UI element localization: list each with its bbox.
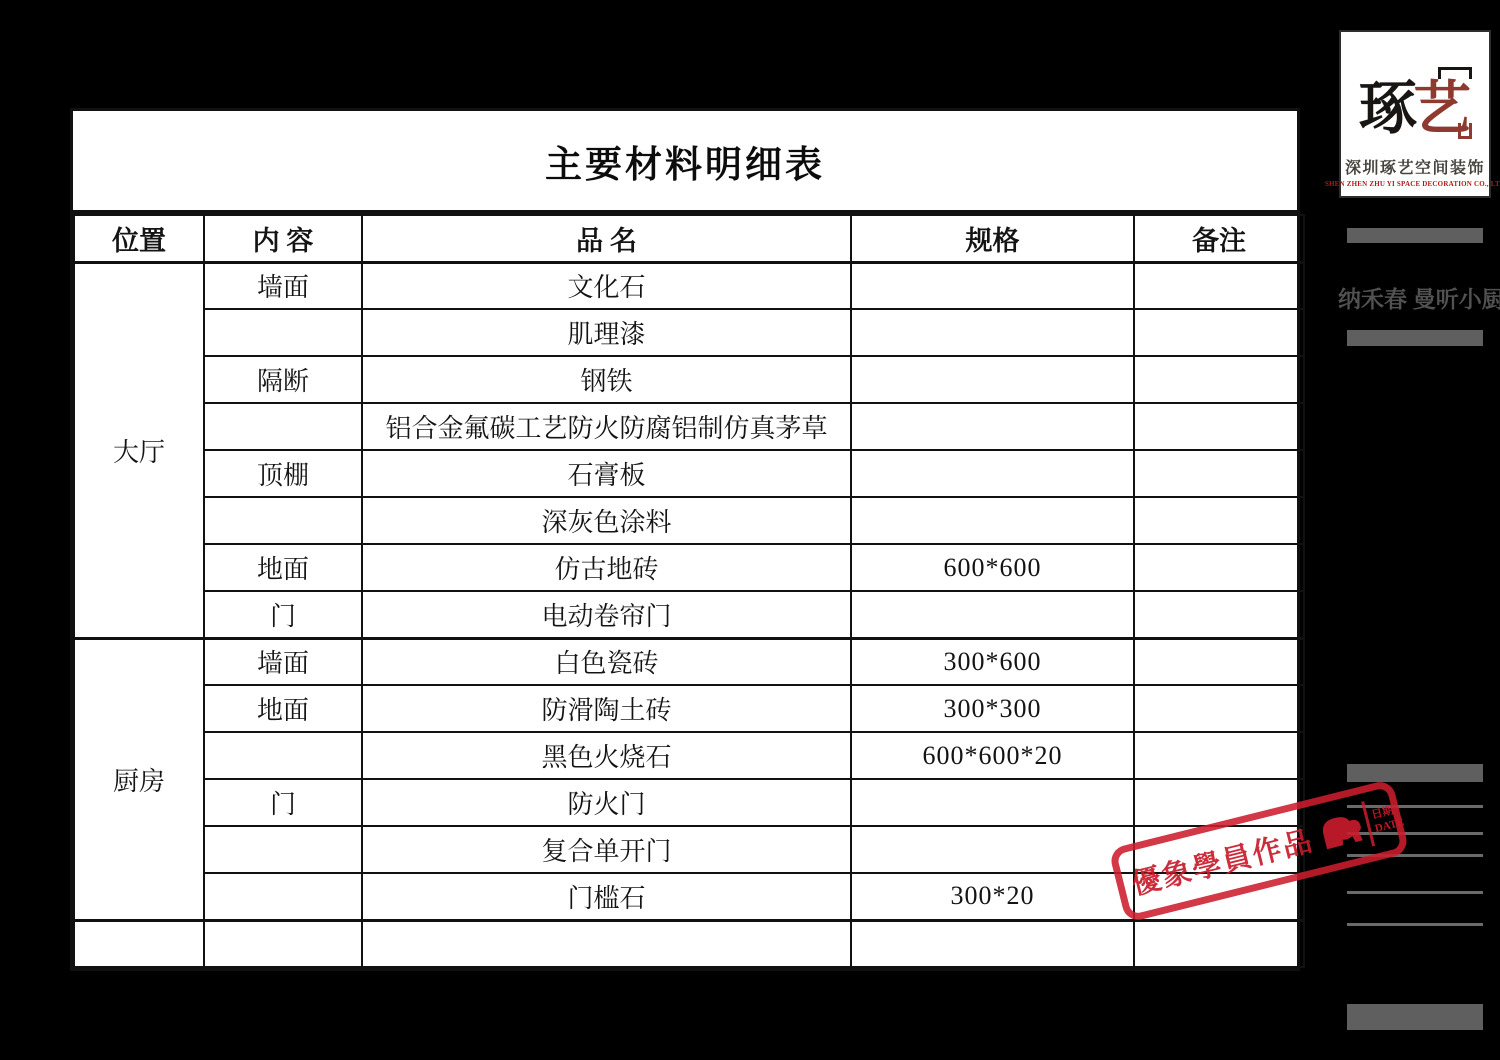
cell-spec: 300*300 <box>851 685 1134 732</box>
table-row: 铝合金氟碳工艺防火防腐铝制仿真茅草 <box>74 403 1304 450</box>
cell-spec: 300*20 <box>851 873 1134 920</box>
header-content: 内 容 <box>204 215 362 262</box>
cell-content <box>204 873 362 920</box>
cell-product-name: 肌理漆 <box>362 309 851 356</box>
table-row: 肌理漆 <box>74 309 1304 356</box>
table-row: 深灰色涂料 <box>74 497 1304 544</box>
cell-location: 厨房 <box>74 638 204 920</box>
cell-product-name: 钢铁 <box>362 356 851 403</box>
cell-product-name: 复合单开门 <box>362 826 851 873</box>
cell-product-name: 防滑陶土砖 <box>362 685 851 732</box>
cell-product-name: 防火门 <box>362 779 851 826</box>
cell-spec <box>851 591 1134 638</box>
cell-product-name: 文化石 <box>362 262 851 309</box>
cell-content: 墙面 <box>204 638 362 685</box>
cell-spec: 600*600 <box>851 544 1134 591</box>
cell-spec <box>851 403 1134 450</box>
cell-content <box>204 732 362 779</box>
cell-note <box>1134 403 1304 450</box>
cell-spec <box>851 920 1134 967</box>
project-name: 纳禾春 曼听小厨 <box>1338 281 1500 314</box>
cell-content: 墙面 <box>204 262 362 309</box>
table-row <box>74 920 1304 967</box>
company-name-en: SHEN ZHEN ZHU YI SPACE DECORATION CO., L… <box>1325 180 1500 188</box>
cell-product-name: 电动卷帘门 <box>362 591 851 638</box>
table-row: 门防火门 <box>74 779 1304 826</box>
cell-product-name <box>362 920 851 967</box>
cell-location: 大厅 <box>74 262 204 638</box>
cell-note <box>1134 309 1304 356</box>
cell-spec: 300*600 <box>851 638 1134 685</box>
cell-content <box>204 497 362 544</box>
redacted-bar <box>1347 1004 1483 1030</box>
cell-note <box>1134 638 1304 685</box>
cell-content: 地面 <box>204 544 362 591</box>
cell-location <box>74 920 204 967</box>
cell-product-name: 铝合金氟碳工艺防火防腐铝制仿真茅草 <box>362 403 851 450</box>
logo-notch-top-icon <box>1438 67 1472 79</box>
table-row: 地面仿古地砖600*600 <box>74 544 1304 591</box>
header-row: 位置 内 容 品 名 规格 备注 <box>74 215 1304 262</box>
cell-spec: 600*600*20 <box>851 732 1134 779</box>
titleblock-line <box>1347 923 1483 926</box>
table-row: 大厅墙面文化石 <box>74 262 1304 309</box>
cell-spec <box>851 826 1134 873</box>
page-title: 主要材料明细表 <box>545 134 825 188</box>
cell-content <box>204 403 362 450</box>
cell-spec <box>851 450 1134 497</box>
header-product-name: 品 名 <box>362 215 851 262</box>
cell-content <box>204 920 362 967</box>
table-row: 地面防滑陶土砖300*300 <box>74 685 1304 732</box>
cell-product-name: 门槛石 <box>362 873 851 920</box>
cell-content: 门 <box>204 779 362 826</box>
cell-note <box>1134 262 1304 309</box>
cell-content <box>204 309 362 356</box>
cell-note <box>1134 497 1304 544</box>
cell-note <box>1134 732 1304 779</box>
table-row: 厨房墙面白色瓷砖300*600 <box>74 638 1304 685</box>
cell-product-name: 深灰色涂料 <box>362 497 851 544</box>
cell-note <box>1134 685 1304 732</box>
cell-product-name: 黑色火烧石 <box>362 732 851 779</box>
table-row: 黑色火烧石600*600*20 <box>74 732 1304 779</box>
page-canvas: 主要材料明细表 位置 内 容 品 名 规格 备注 大厅墙面文化石肌理漆隔断钢铁铝… <box>0 0 1500 1060</box>
cell-content <box>204 826 362 873</box>
cell-note <box>1134 356 1304 403</box>
cell-spec <box>851 309 1134 356</box>
cell-spec <box>851 262 1134 309</box>
company-name-cn: 深圳琢艺空间装饰 <box>1345 155 1485 178</box>
cell-content: 顶棚 <box>204 450 362 497</box>
table-row: 门电动卷帘门 <box>74 591 1304 638</box>
company-logo-box: 琢 艺 深圳琢艺空间装饰 SHEN ZHEN ZHU YI SPACE DECO… <box>1339 30 1491 198</box>
header-note: 备注 <box>1134 215 1304 262</box>
table-row: 顶棚石膏板 <box>74 450 1304 497</box>
elephant-icon <box>1314 807 1368 855</box>
material-schedule-sheet: 主要材料明细表 位置 内 容 品 名 规格 备注 大厅墙面文化石肌理漆隔断钢铁铝… <box>70 108 1300 971</box>
cell-product-name: 白色瓷砖 <box>362 638 851 685</box>
logo-glyph-left: 琢 <box>1359 80 1417 138</box>
cell-spec <box>851 779 1134 826</box>
redacted-bar <box>1347 228 1483 243</box>
table-row: 隔断钢铁 <box>74 356 1304 403</box>
logo-notch-bottom-icon <box>1458 123 1472 139</box>
cell-note <box>1134 591 1304 638</box>
cell-content: 隔断 <box>204 356 362 403</box>
titleblock-line <box>1347 891 1483 894</box>
title-band: 主要材料明细表 <box>73 111 1297 214</box>
cell-product-name: 石膏板 <box>362 450 851 497</box>
company-logo-icon: 琢 艺 <box>1356 65 1474 153</box>
redacted-bar <box>1347 764 1483 782</box>
cell-content: 地面 <box>204 685 362 732</box>
header-location: 位置 <box>74 215 204 262</box>
cell-note <box>1134 920 1304 967</box>
header-spec: 规格 <box>851 215 1134 262</box>
cell-product-name: 仿古地砖 <box>362 544 851 591</box>
cell-content: 门 <box>204 591 362 638</box>
cell-note <box>1134 450 1304 497</box>
cell-spec <box>851 497 1134 544</box>
cell-note <box>1134 544 1304 591</box>
cell-spec <box>851 356 1134 403</box>
redacted-bar <box>1347 330 1483 346</box>
